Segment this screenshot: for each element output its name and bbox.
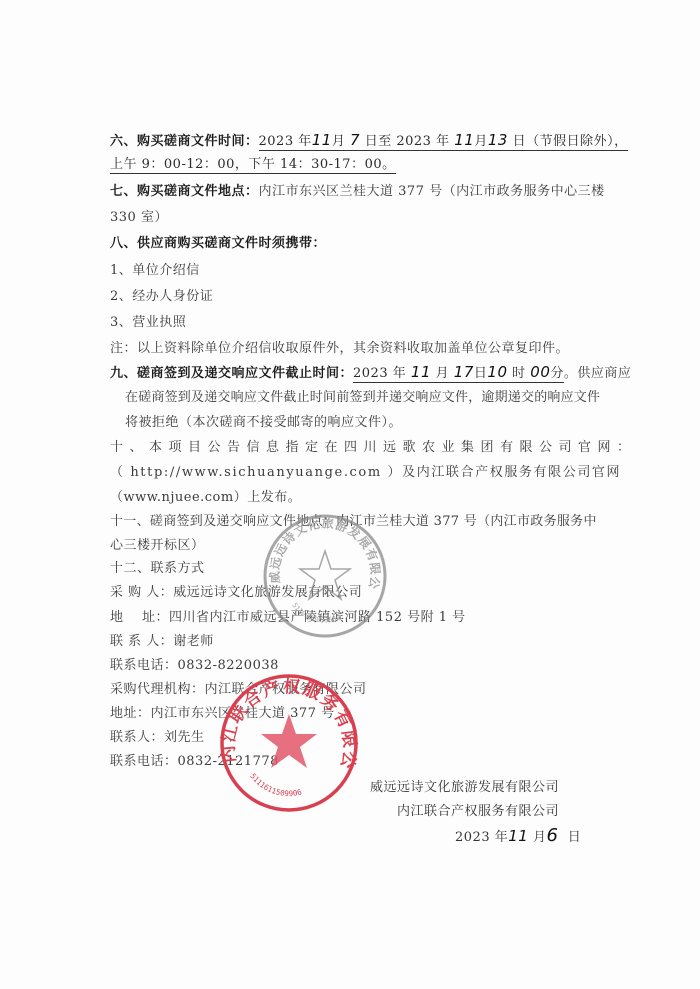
section8-heading: 八、供应商购买磋商文件时须携带： (110, 236, 326, 252)
text: 年 (393, 366, 407, 381)
text: 2023 (259, 134, 294, 149)
text: 日 (474, 366, 488, 381)
text: 日（节假日除外）， (513, 134, 628, 149)
section9-line2: 在磋商签到及递交响应文件截止时间前签到并递交响应文件，逾期递交的响应文件 (125, 390, 600, 406)
section7-heading: 七、购买磋商文件地点： (110, 184, 259, 199)
handwritten-month: 11 (508, 827, 528, 845)
deadline: 2023 年 11 月 17日10 时 00分 (353, 366, 564, 383)
agency-contact: 刘先生 (164, 730, 205, 745)
text: 时 (512, 366, 526, 381)
signature-org2: 内江联合产权服务有限公司 (397, 804, 559, 820)
text: 年 (436, 134, 450, 149)
label: 地 址： (110, 610, 169, 625)
purchaser-name: 威远远诗文化旅游发展有限公司 (173, 585, 362, 600)
handwritten-day: 13 (488, 131, 508, 149)
text: 2023 (396, 134, 431, 149)
text: 月 (436, 366, 450, 381)
purchaser-address-row: 地 址：四川省内江市威远县严陵镇滨河路 152 号附 1 号 (110, 610, 466, 626)
required-item-1: 1、单位介绍信 (110, 263, 200, 279)
required-item-3: 3、营业执照 (110, 315, 186, 331)
section7-line2: 330 室） (110, 210, 168, 226)
handwritten-hour: 10 (487, 363, 507, 381)
purchase-hours: 上午 9：00-12：00，下午 14：30-17：00。 (110, 157, 396, 174)
purchaser-phone-row: 联系电话：0832-8220038 (110, 658, 279, 674)
agency-phone: 0832-2121778 (178, 754, 279, 769)
text: 分 (550, 366, 564, 381)
text: 年 (495, 830, 509, 845)
handwritten-day: 7 (350, 131, 360, 149)
section6-line2: 上午 9：00-12：00，下午 14：30-17：00。 (110, 157, 396, 173)
section10-line2: （ http://www.sichuanyuange.com ）及内江联合产权服… (110, 465, 621, 481)
label: 采 购 人： (110, 585, 173, 600)
handwritten-day: 6 (547, 825, 559, 846)
label: 联系电话： (110, 754, 178, 769)
handwritten-month: 11 (312, 131, 332, 149)
purchaser-contact: 谢老师 (173, 634, 214, 649)
purchaser-name-row: 采 购 人：威远远诗文化旅游发展有限公司 (110, 585, 362, 601)
section10-line1: 十、本项目公告信息指定在四川远歌农业集团有限公司官网： (110, 440, 637, 456)
section11-line2: 心三楼开标区） (110, 538, 205, 554)
required-item-2: 2、经办人身份证 (110, 289, 213, 305)
text: 月 (533, 830, 547, 845)
agency-address: 内江市东兴区兰桂大道 377 号 (151, 706, 335, 721)
svg-text:5111611509906: 5111611509906 (248, 772, 303, 798)
text: 月 (332, 134, 346, 149)
section9-line1: 九、磋商签到及递交响应文件截止时间：2023 年 11 月 17日10 时 00… (110, 364, 631, 382)
label: 采购代理机构： (110, 682, 205, 697)
purchaser-address: 四川省内江市威远县严陵镇滨河路 152 号附 1 号 (169, 610, 466, 625)
agency-name-row: 采购代理机构：内江联合产权服务有限公司 (110, 682, 367, 698)
section7-line1: 七、购买磋商文件地点：内江市东兴区兰桂大道 377 号（内江市政务服务中心三楼 (110, 184, 605, 200)
label: 地址： (110, 706, 151, 721)
handwritten-minute: 00 (530, 363, 550, 381)
section11-line1: 十一、磋商签到及递交响应文件地点：内江市兰桂大道 377 号（内江市政务服务中 (110, 514, 597, 530)
purchase-time-range: 2023 年11月 7 日至 2023 年 11月13 日（节假日除外）， (259, 134, 628, 151)
handwritten-month: 11 (454, 131, 474, 149)
section6-heading: 六、购买磋商文件时间： (110, 134, 259, 149)
document-page: 六、购买磋商文件时间：2023 年11月 7 日至 2023 年 11月13 日… (0, 0, 700, 989)
text: 2023 (353, 366, 388, 381)
purchase-location: 内江市东兴区兰桂大道 377 号（内江市政务服务中心三楼 (259, 184, 605, 199)
signature-date: 2023 年11 月6 日 (455, 828, 581, 846)
agency-contact-row: 联系人：刘先生 (110, 730, 205, 746)
section9-line3: 将被拒绝（本次磋商不接受邮寄的响应文件）。 (125, 415, 402, 431)
text: 日 (568, 830, 582, 845)
label: 联 系 人： (110, 634, 173, 649)
purchaser-phone: 0832-8220038 (178, 658, 279, 673)
handwritten-day: 17 (454, 363, 474, 381)
label: 联系电话： (110, 658, 178, 673)
text: 日至 (365, 134, 392, 149)
text: 2023 (455, 830, 490, 845)
purchaser-contact-row: 联 系 人：谢老师 (110, 634, 214, 650)
text: 。供应商应 (564, 366, 632, 381)
text: 年 (298, 134, 312, 149)
section8-note: 注：以上资料除单位介绍信收取原件外，其余资料收取加盖单位公章复印件。 (110, 341, 569, 357)
text: 月 (474, 134, 488, 149)
agency-name: 内江联合产权服务有限公司 (205, 682, 367, 697)
label: 联系人： (110, 730, 164, 745)
section9-heading: 九、磋商签到及递交响应文件截止时间： (110, 366, 353, 381)
handwritten-month: 11 (411, 363, 431, 381)
section12-heading: 十二、联系方式 (110, 561, 205, 577)
section6-line1: 六、购买磋商文件时间：2023 年11月 7 日至 2023 年 11月13 日… (110, 132, 628, 150)
signature-org1: 威远远诗文化旅游发展有限公司 (370, 780, 559, 796)
agency-address-row: 地址：内江市东兴区兰桂大道 377 号 (110, 706, 335, 722)
section10-line3: （www.njuee.com）上发布。 (110, 490, 301, 506)
agency-phone-row: 联系电话：0832-2121778 (110, 754, 279, 770)
